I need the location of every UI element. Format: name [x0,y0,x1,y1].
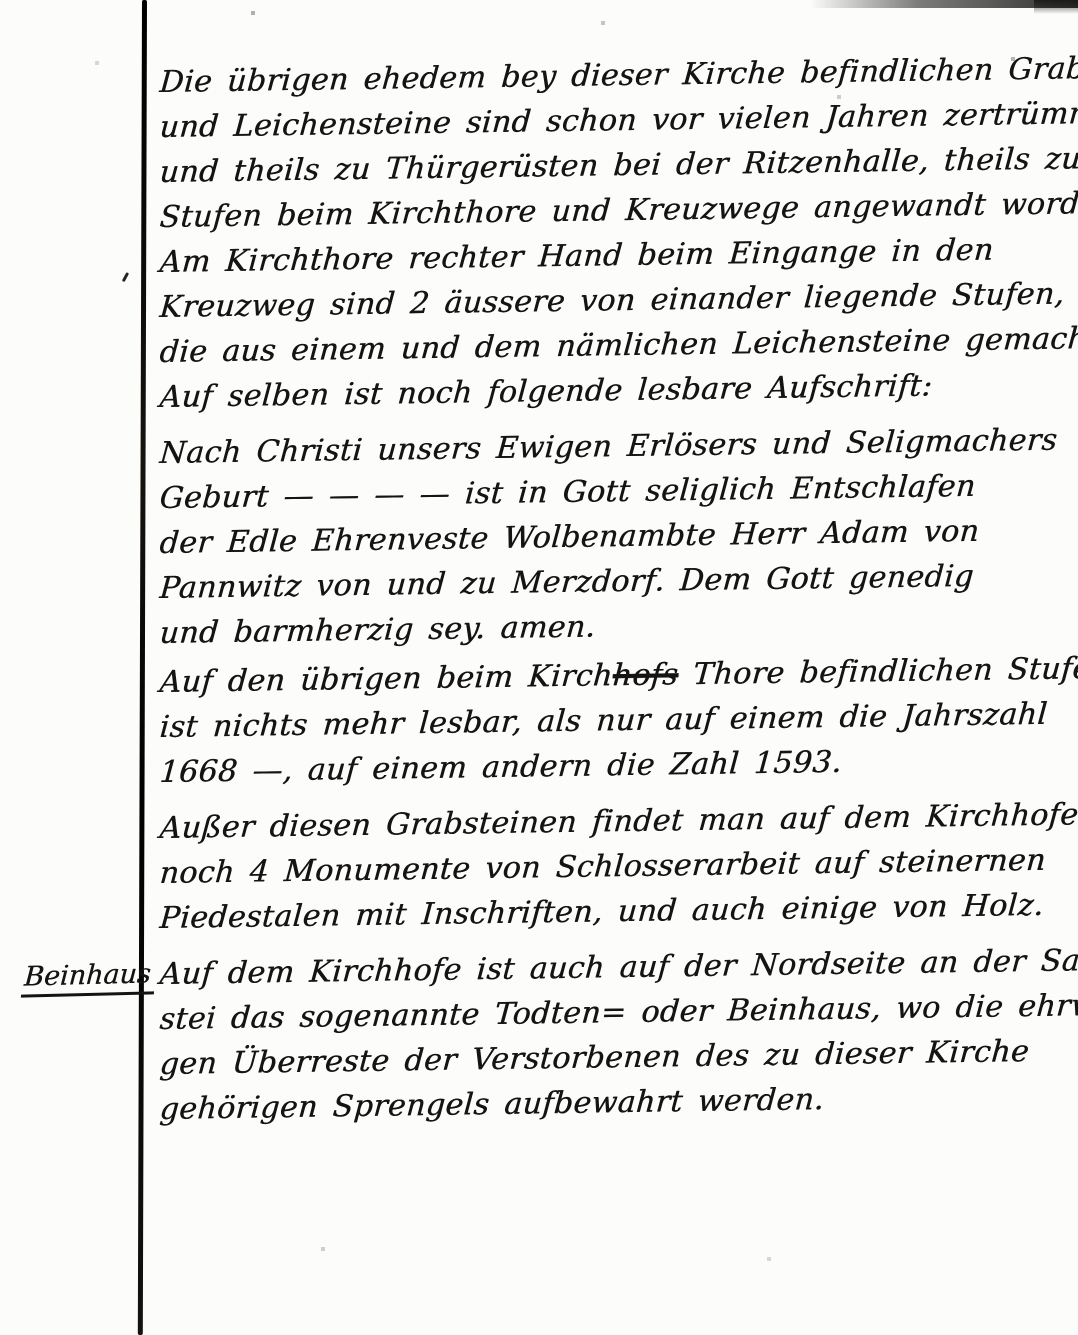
manuscript-text: Die übrigen ehedem bey dieser Kirche bef… [158,60,1070,1132]
scan-smudge-corner [1034,0,1078,14]
stray-ink-mark [122,272,129,282]
manuscript-page: Beinhaus Die übrigen ehedem bey dieser K… [0,0,1078,1335]
struck-word: hofs [611,657,679,693]
margin-rule-line [138,0,147,1335]
text-line-14-pre: Auf den übrigen beim Kirch [158,658,614,700]
text-line-14-post: Thore befindlichen Stufen [677,651,1078,692]
margin-note-beinhaus: Beinhaus [21,958,156,997]
paper-specks [0,0,2,2]
